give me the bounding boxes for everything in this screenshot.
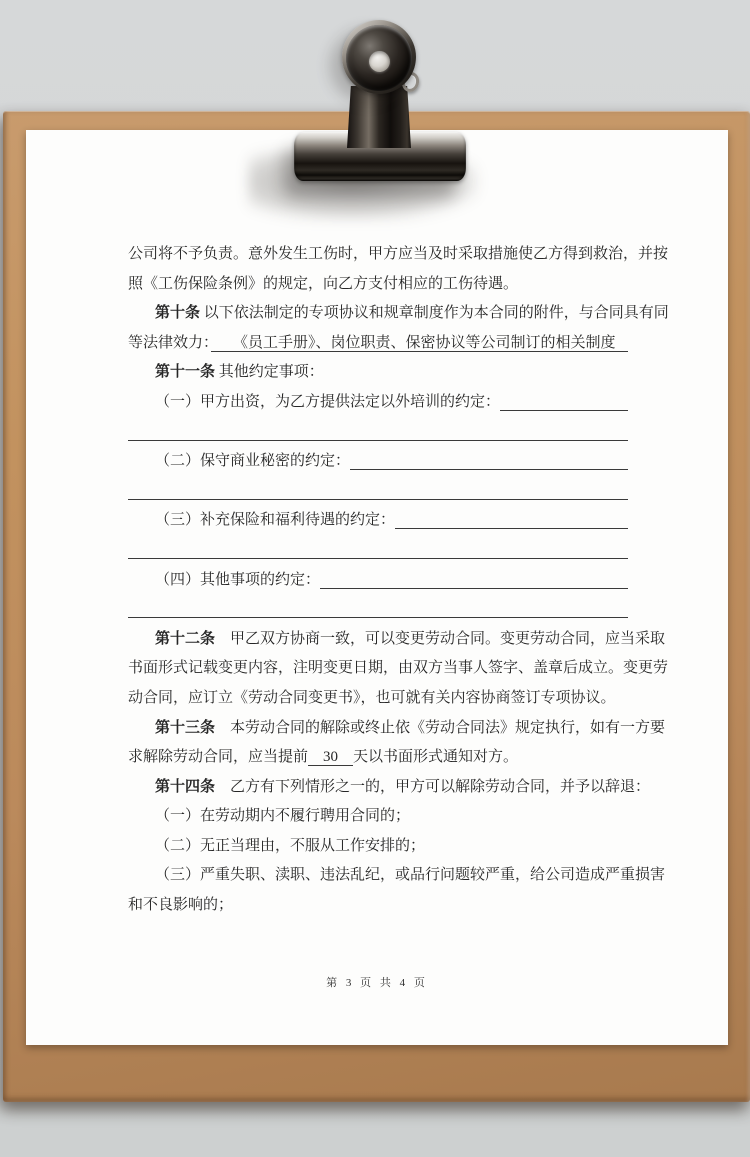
text-line: 求解除劳动合同，应当提前 30 天以书面形式通知对方。: [128, 743, 670, 773]
contract-text-block: 公司将不予负责。意外发生工伤时，甲方应当及时采取措施使乙方得到救治，并按照《工伤…: [128, 240, 670, 921]
text-run-group: （二）无正当理由，不服从工作安排的；: [128, 832, 425, 862]
body-text: （三）补充保险和福利待遇的约定：: [155, 512, 395, 528]
text-run-group: 等法律效力： 《员工手册》、岗位职责、保密协议等公司制订的相关制度: [128, 329, 616, 359]
body-text: （四）其他事项的约定：: [155, 572, 320, 588]
clip-clasp-ring: [400, 70, 421, 94]
text-run-group: 照《工伤保险条例》的规定，向乙方支付相应的工伤待遇。: [128, 270, 518, 300]
text-line: （二）无正当理由，不服从工作安排的；: [128, 832, 670, 862]
text-run-group: （三）严重失职、渎职、违法乱纪，或品行问题较严重，给公司造成严重损害: [128, 861, 665, 891]
body-text: （二）无正当理由，不服从工作安排的；: [155, 838, 425, 854]
text-run-group: 公司将不予负责。意外发生工伤时，甲方应当及时采取措施使乙方得到救治，并按: [128, 240, 668, 270]
text-run-group: （四）其他事项的约定：: [128, 566, 320, 596]
blank-underline: [128, 418, 628, 441]
clip-knob: [346, 25, 412, 91]
clause-heading: 第十三条: [155, 720, 215, 736]
text-run-group: 第十一条 其他约定事项：: [128, 358, 324, 388]
body-text: 甲乙双方协商一致，可以变更劳动合同。变更劳动合同，应当采取: [215, 631, 665, 647]
text-run-group: 书面形式记载变更内容，注明变更日期，由双方当事人签字、盖章后成立。变更劳: [128, 654, 668, 684]
text-line: [128, 595, 670, 625]
clause-heading: 第十二条: [155, 631, 215, 647]
underlined-entry: 30: [308, 749, 353, 766]
text-line: （四）其他事项的约定：: [128, 566, 670, 596]
body-text: （一）在劳动期内不履行聘用合同的；: [155, 808, 410, 824]
underlined-entry: 《员工手册》、岗位职责、保密协议等公司制订的相关制度: [211, 335, 616, 352]
text-line: （一）在劳动期内不履行聘用合同的；: [128, 802, 670, 832]
body-text: 等法律效力：: [128, 335, 211, 351]
body-text: 动合同，应订立《劳动合同变更书》，也可就有关内容协商签订专项协议。: [128, 690, 616, 706]
blank-underline: [350, 447, 628, 470]
body-text: 本劳动合同的解除或终止依《劳动合同法》规定执行，如有一方要: [215, 720, 665, 736]
text-run-group: （三）补充保险和福利待遇的约定：: [128, 506, 395, 536]
blank-underline: [395, 506, 628, 529]
body-text: 以下依法制定的专项协议和规章制度作为本合同的附件，与合同具有同: [200, 305, 669, 321]
blank-underline: [128, 477, 628, 500]
body-text: 天以书面形式通知对方。: [353, 749, 518, 765]
text-line: [128, 418, 670, 448]
body-text: 公司将不予负责。意外发生工伤时，甲方应当及时采取措施使乙方得到救治，并按: [128, 246, 668, 262]
blank-underline: [500, 388, 628, 411]
text-line: 第十四条 乙方有下列情形之一的，甲方可以解除劳动合同，并予以辞退：: [128, 773, 670, 803]
text-line: 第十二条 甲乙双方协商一致，可以变更劳动合同。变更劳动合同，应当采取: [128, 625, 670, 655]
clip-knob-rim: [342, 20, 416, 94]
clause-heading: 第十一条: [155, 364, 215, 380]
text-run-group: 动合同，应订立《劳动合同变更书》，也可就有关内容协商签订专项协议。: [128, 684, 616, 714]
text-line: 第十三条 本劳动合同的解除或终止依《劳动合同法》规定执行，如有一方要: [128, 714, 670, 744]
text-line: （三）严重失职、渎职、违法乱纪，或品行问题较严重，给公司造成严重损害: [128, 861, 670, 891]
page-number-footer: 第 3 页 共 4 页: [26, 974, 728, 990]
text-run-group: （二）保守商业秘密的约定：: [128, 447, 350, 477]
blank-underline: [128, 536, 628, 559]
photo-scene: 公司将不予负责。意外发生工伤时，甲方应当及时采取措施使乙方得到救治，并按照《工伤…: [0, 0, 750, 1157]
body-text: 和不良影响的；: [128, 897, 233, 913]
text-line: 等法律效力： 《员工手册》、岗位职责、保密协议等公司制订的相关制度: [128, 329, 670, 359]
text-line: [128, 536, 670, 566]
text-line: （三）补充保险和福利待遇的约定：: [128, 506, 670, 536]
text-line: 和不良影响的；: [128, 891, 670, 921]
text-line: （一）甲方出资，为乙方提供法定以外培训的约定：: [128, 388, 670, 418]
text-run-group: 第十四条 乙方有下列情形之一的，甲方可以解除劳动合同，并予以辞退：: [128, 773, 650, 803]
body-text: （二）保守商业秘密的约定：: [155, 453, 350, 469]
body-text: 其他约定事项：: [215, 364, 324, 380]
body-text: 书面形式记载变更内容，注明变更日期，由双方当事人签字、盖章后成立。变更劳: [128, 660, 668, 676]
clause-heading: 第十四条: [155, 779, 215, 795]
blank-underline: [320, 566, 628, 589]
blank-underline: [616, 329, 628, 352]
body-text: （三）严重失职、渎职、违法乱纪，或品行问题较严重，给公司造成严重损害: [155, 867, 665, 883]
text-run-group: 第十三条 本劳动合同的解除或终止依《劳动合同法》规定执行，如有一方要: [128, 714, 665, 744]
clip-knob-hole: [369, 51, 390, 72]
text-line: [128, 477, 670, 507]
text-run-group: 第十条 以下依法制定的专项协议和规章制度作为本合同的附件，与合同具有同: [128, 299, 669, 329]
text-run-group: （一）在劳动期内不履行聘用合同的；: [128, 802, 410, 832]
text-run-group: 第十二条 甲乙双方协商一致，可以变更劳动合同。变更劳动合同，应当采取: [128, 625, 665, 655]
text-line: 第十条 以下依法制定的专项协议和规章制度作为本合同的附件，与合同具有同: [128, 299, 670, 329]
body-text: 乙方有下列情形之一的，甲方可以解除劳动合同，并予以辞退：: [215, 779, 650, 795]
body-text: 照《工伤保险条例》的规定，向乙方支付相应的工伤待遇。: [128, 276, 518, 292]
text-line: 动合同，应订立《劳动合同变更书》，也可就有关内容协商签订专项协议。: [128, 684, 670, 714]
blank-underline: [128, 595, 628, 618]
clipboard-board: 公司将不予负责。意外发生工伤时，甲方应当及时采取措施使乙方得到救治，并按照《工伤…: [3, 111, 750, 1102]
text-line: （二）保守商业秘密的约定：: [128, 447, 670, 477]
text-line: 照《工伤保险条例》的规定，向乙方支付相应的工伤待遇。: [128, 270, 670, 300]
text-line: 第十一条 其他约定事项：: [128, 358, 670, 388]
paper-sheet: 公司将不予负责。意外发生工伤时，甲方应当及时采取措施使乙方得到救治，并按照《工伤…: [26, 130, 728, 1045]
body-text: （一）甲方出资，为乙方提供法定以外培训的约定：: [155, 394, 500, 410]
text-line: 书面形式记载变更内容，注明变更日期，由双方当事人签字、盖章后成立。变更劳: [128, 654, 670, 684]
text-line: 公司将不予负责。意外发生工伤时，甲方应当及时采取措施使乙方得到救治，并按: [128, 240, 670, 270]
clause-heading: 第十条: [155, 305, 200, 321]
text-run-group: （一）甲方出资，为乙方提供法定以外培训的约定：: [128, 388, 500, 418]
body-text: 求解除劳动合同，应当提前: [128, 749, 308, 765]
text-run-group: 求解除劳动合同，应当提前 30 天以书面形式通知对方。: [128, 743, 518, 773]
text-run-group: 和不良影响的；: [128, 891, 233, 921]
